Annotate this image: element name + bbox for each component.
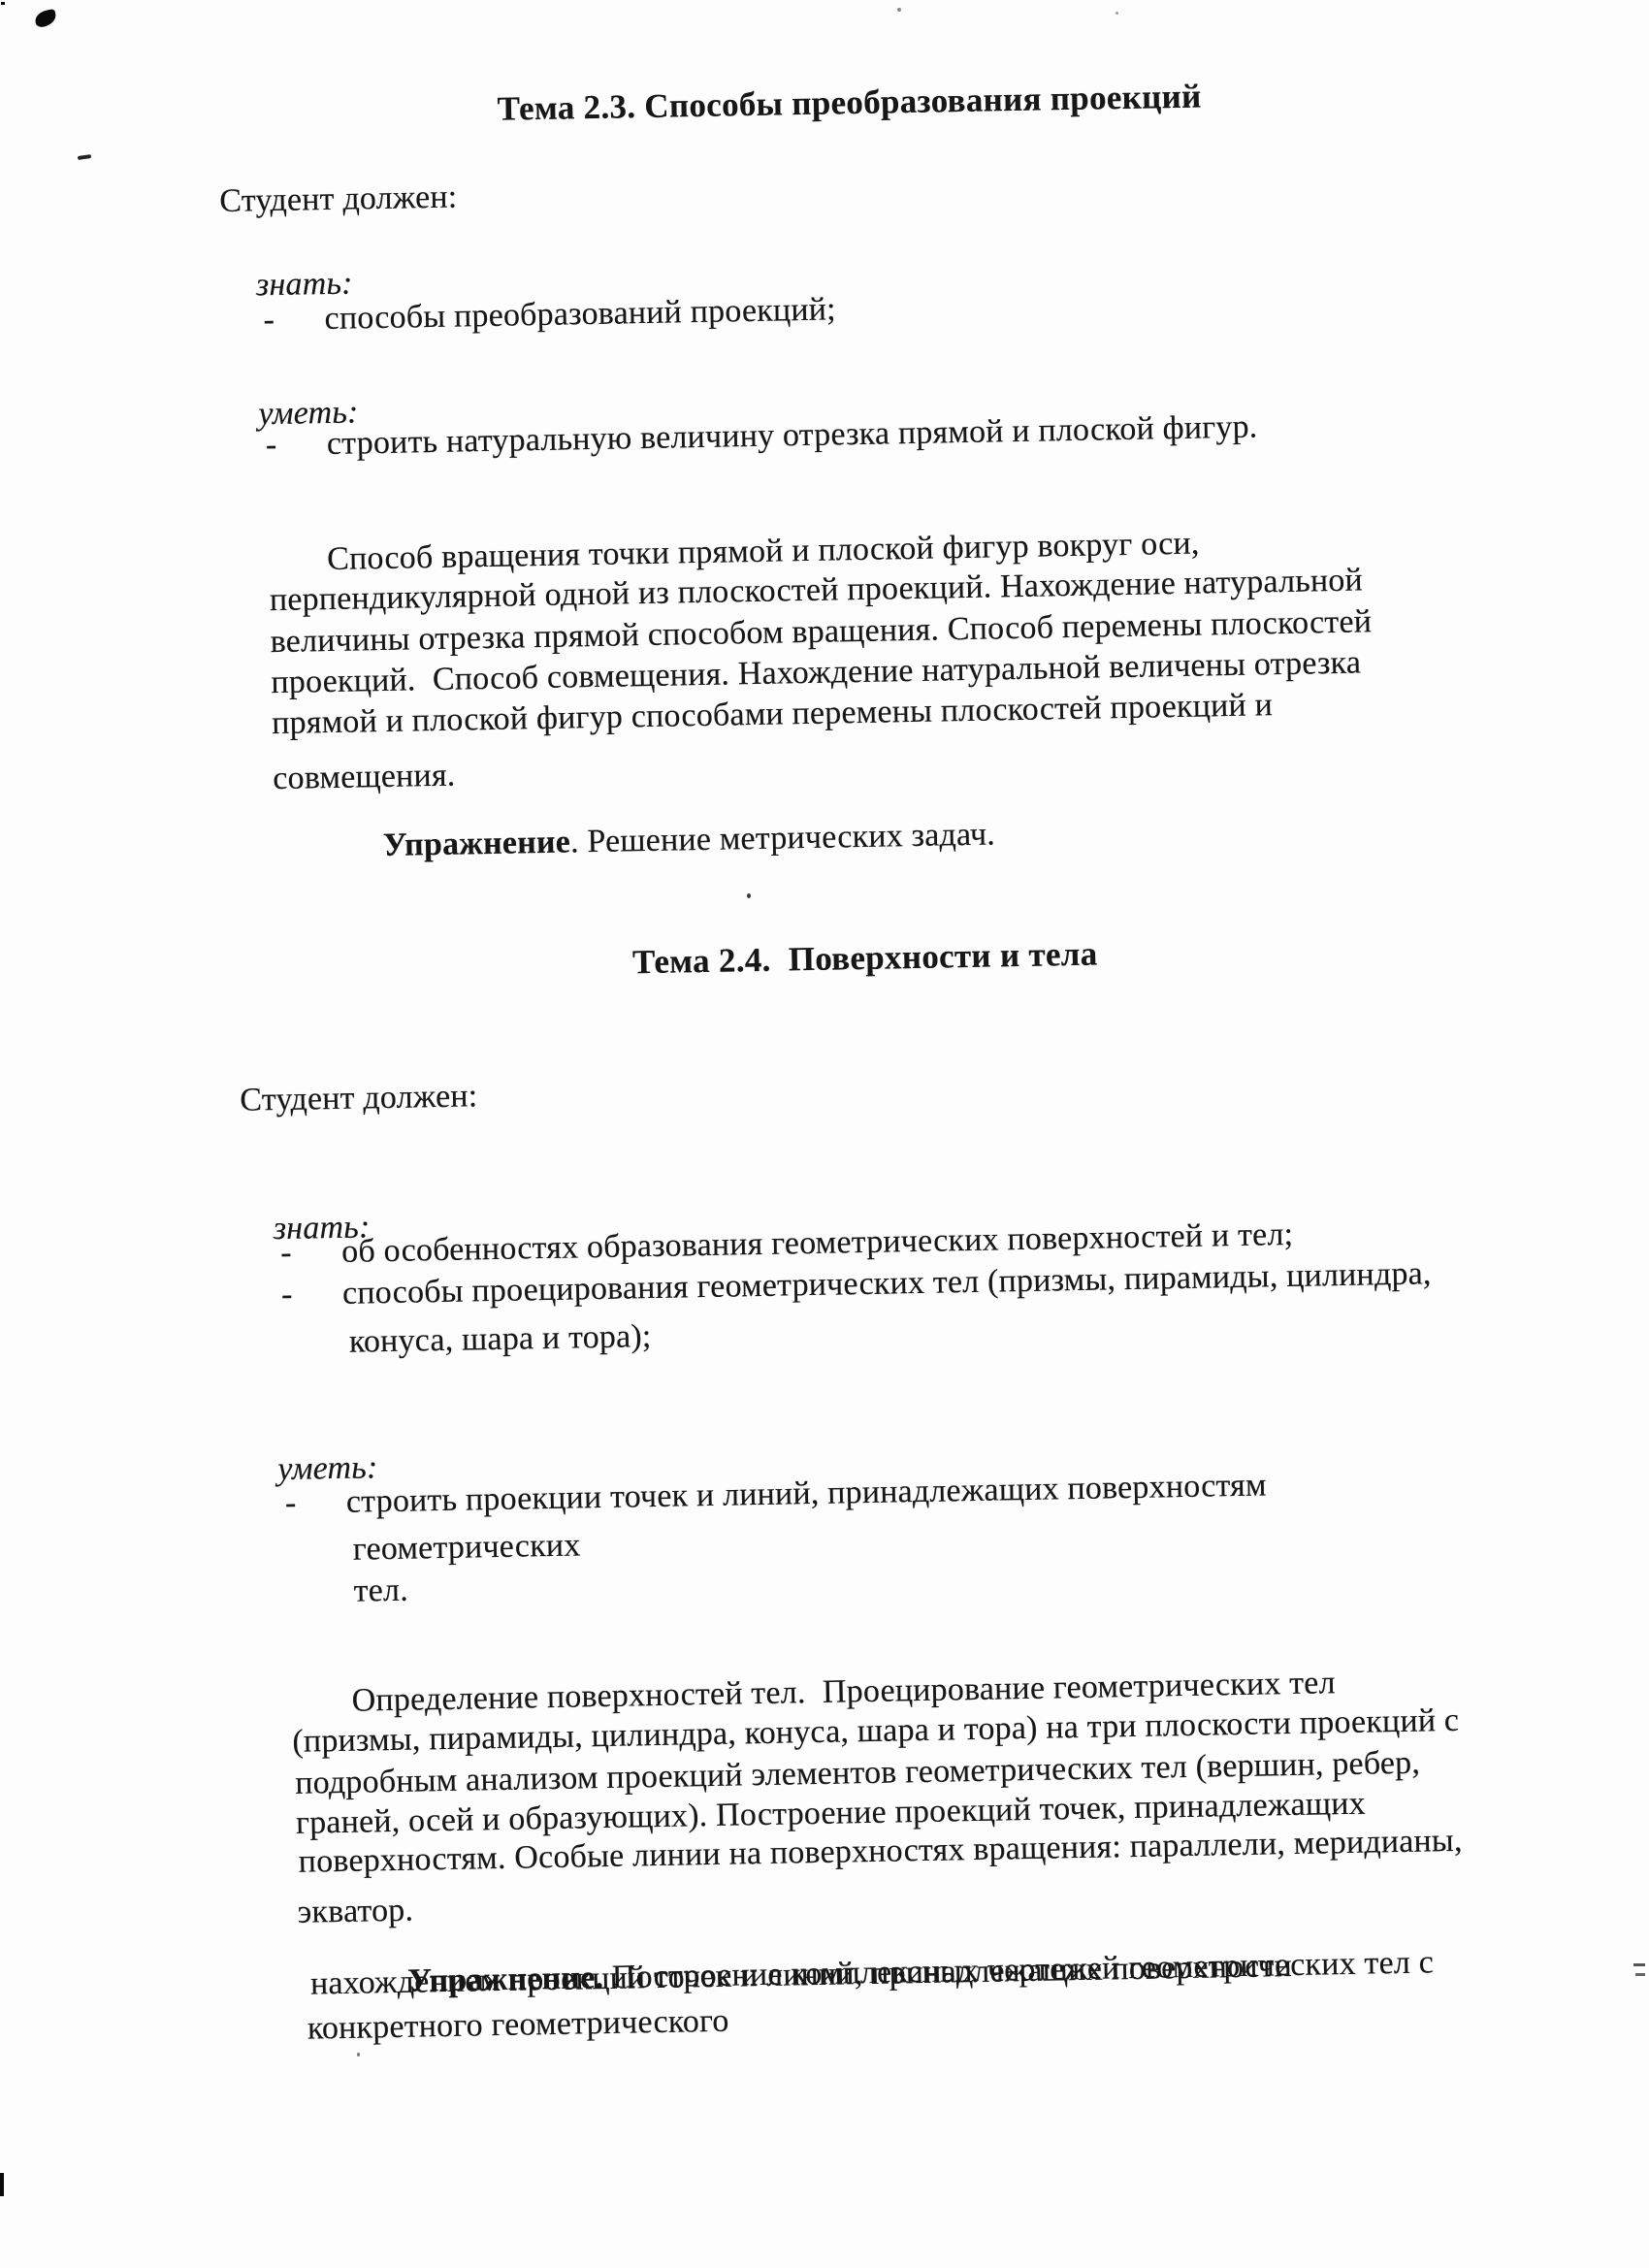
section-2-3-know-bullet: способы преобразований проекций;	[324, 290, 836, 339]
section-2-3-exercise-line: Упражнение. Решение метрических задач.	[331, 776, 996, 905]
bullet-dash: -	[281, 1276, 293, 1314]
section-2-4-title: Тема 2.4. Поверхности и тела	[229, 926, 1501, 989]
section-2-3-student-heading: Студент должен:	[219, 178, 458, 222]
exercise-text: . Решение метрических задач.	[570, 817, 996, 860]
scanned-document-page: Тема 2.3. Способы преобразования проекци…	[0, 0, 1649, 2268]
section-2-4-know-bullet-2-line-2: конуса, шара и тора);	[349, 1317, 652, 1362]
scan-artifact-left-sliver	[0, 2173, 4, 2196]
bullet-dash: -	[280, 1234, 292, 1273]
exercise-label: Упражнение	[382, 825, 570, 864]
bullet-dash: -	[285, 1484, 297, 1523]
bullet-dash: -	[263, 301, 275, 340]
section-2-4-able-bullet-line-2: геометрических	[352, 1526, 580, 1569]
section-2-3-title: Тема 2.3. Способы преобразования проекци…	[213, 71, 1485, 134]
bullet-dash: -	[266, 426, 277, 465]
section-2-4-exercise-line-3: конкретного геометрического	[307, 2002, 729, 2049]
section-2-4-student-heading: Студент должен:	[240, 1077, 478, 1120]
section-2-4-able-bullet-line-3: тел.	[353, 1571, 408, 1611]
section-2-4-able-bullet-line-1: строить проекции точек и линий, принадле…	[346, 1466, 1267, 1521]
document-content: Тема 2.3. Способы преобразования проекци…	[0, 0, 1649, 2268]
section-2-3-able-bullet: строить натуральную величину отрезка пря…	[327, 407, 1258, 464]
